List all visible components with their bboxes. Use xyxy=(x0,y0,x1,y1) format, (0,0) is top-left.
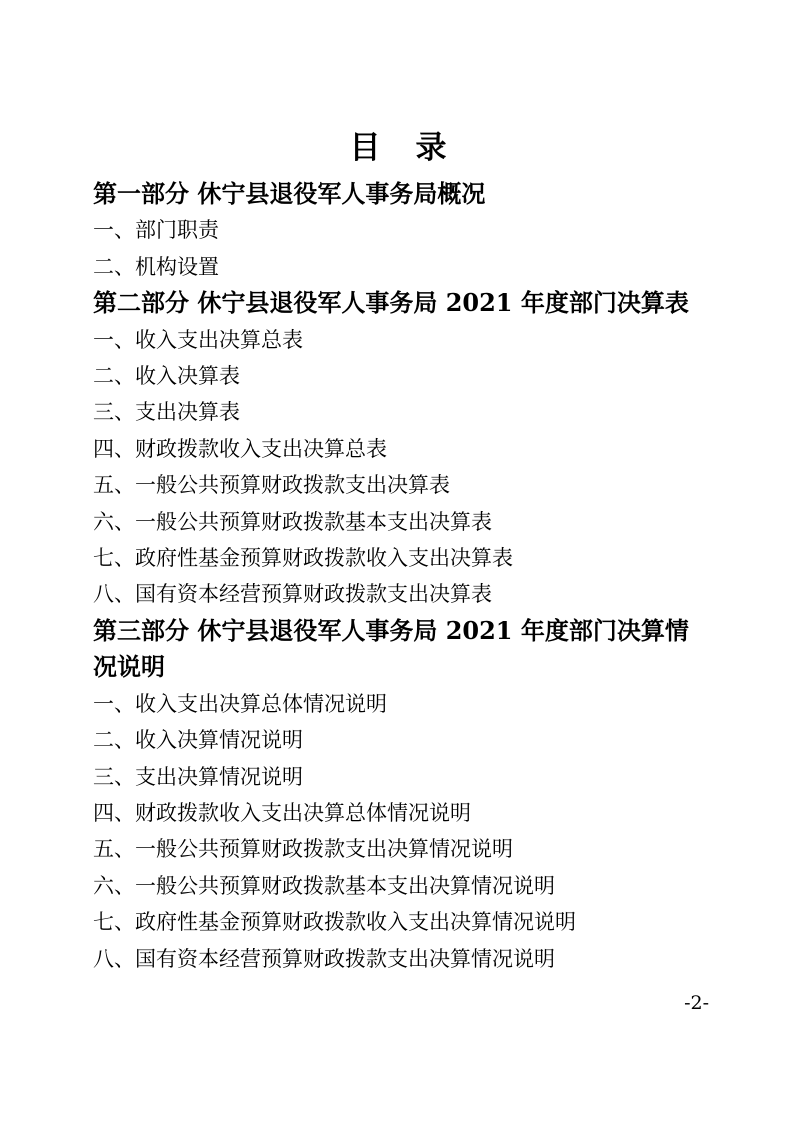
toc-section-heading-part3: 第三部分 休宁县退役军人事务局 2021 年度部门决算情况说明 xyxy=(93,613,705,686)
toc-item: 三、支出决算情况说明 xyxy=(93,759,705,795)
toc-item: 二、机构设置 xyxy=(93,249,705,285)
toc-item: 一、收入支出决算总体情况说明 xyxy=(93,686,705,722)
toc-title: 目 录 xyxy=(93,126,705,170)
toc-item: 一、收入支出决算总表 xyxy=(93,322,705,358)
document-page: 目 录 第一部分 休宁县退役军人事务局概况 一、部门职责 二、机构设置 第二部分… xyxy=(0,0,793,1122)
toc-item: 八、国有资本经营预算财政拨款支出决算情况说明 xyxy=(93,941,705,977)
toc-section-heading-part1: 第一部分 休宁县退役军人事务局概况 xyxy=(93,176,705,212)
toc-item: 一、部门职责 xyxy=(93,212,705,248)
toc-item: 七、政府性基金预算财政拨款收入支出决算表 xyxy=(93,540,705,576)
toc-item: 四、财政拨款收入支出决算总体情况说明 xyxy=(93,795,705,831)
toc-item: 六、一般公共预算财政拨款基本支出决算表 xyxy=(93,504,705,540)
toc-item: 六、一般公共预算财政拨款基本支出决算情况说明 xyxy=(93,868,705,904)
table-of-contents: 第一部分 休宁县退役军人事务局概况 一、部门职责 二、机构设置 第二部分 休宁县… xyxy=(93,176,705,977)
toc-item: 三、支出决算表 xyxy=(93,394,705,430)
toc-item: 八、国有资本经营预算财政拨款支出决算表 xyxy=(93,576,705,612)
toc-item: 七、政府性基金预算财政拨款收入支出决算情况说明 xyxy=(93,904,705,940)
toc-section-heading-part2: 第二部分 休宁县退役军人事务局 2021 年度部门决算表 xyxy=(93,285,705,321)
toc-item: 二、收入决算情况说明 xyxy=(93,722,705,758)
page-content: 目 录 第一部分 休宁县退役军人事务局概况 一、部门职责 二、机构设置 第二部分… xyxy=(93,126,705,977)
toc-item: 四、财政拨款收入支出决算总表 xyxy=(93,431,705,467)
toc-item: 二、收入决算表 xyxy=(93,358,705,394)
page-number: -2- xyxy=(684,992,709,1014)
toc-item: 五、一般公共预算财政拨款支出决算情况说明 xyxy=(93,831,705,867)
toc-item: 五、一般公共预算财政拨款支出决算表 xyxy=(93,467,705,503)
